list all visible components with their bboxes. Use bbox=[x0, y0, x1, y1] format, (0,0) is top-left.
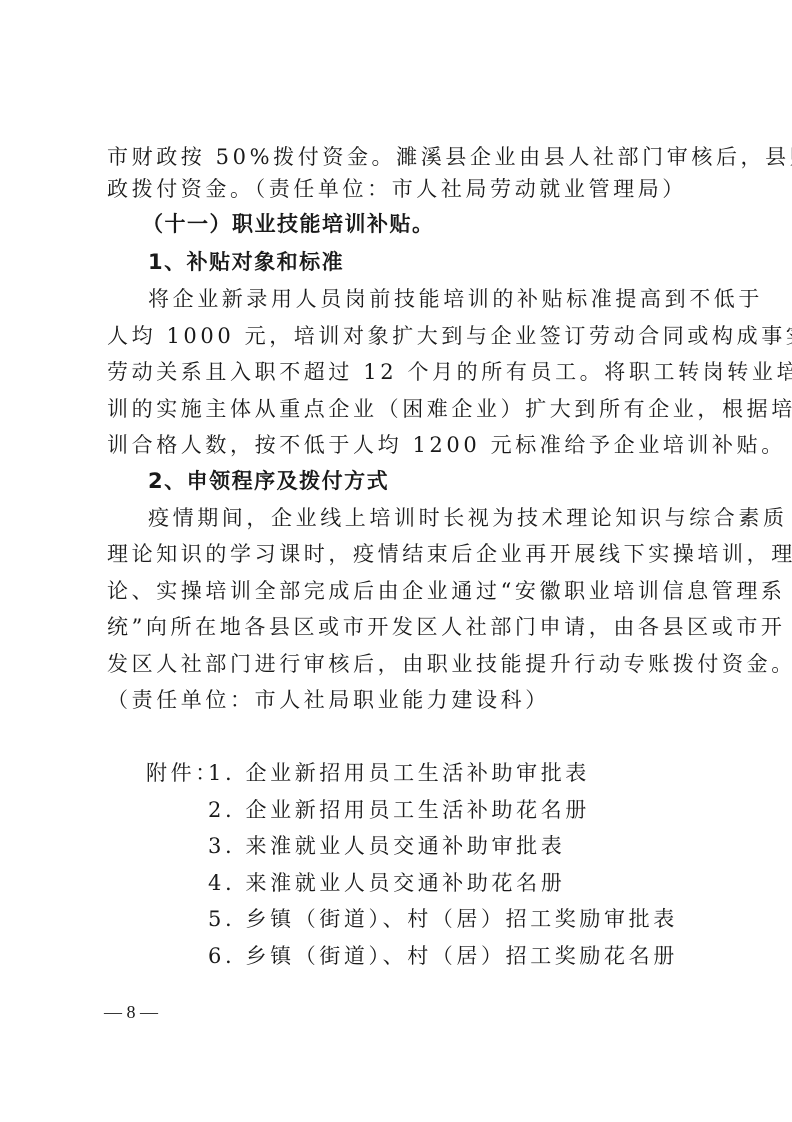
paragraph-line: 训的实施主体从重点企业（困难企业）扩大到所有企业，根据培 bbox=[107, 395, 692, 423]
responsible-unit: （责任单位：市人社局职业能力建设科） bbox=[107, 686, 692, 714]
paragraph-line: 训合格人数，按不低于人均 1200 元标准给予企业培训补贴。 bbox=[107, 431, 692, 459]
paragraph-line: 发区人社部门进行审核后，由职业技能提升行动专账拨付资金。 bbox=[107, 650, 692, 678]
paragraph-line: 劳动关系且入职不超过 12 个月的所有员工。将职工转岗转业培 bbox=[107, 358, 692, 386]
document-page: 市财政按 50%拨付资金。濉溪县企业由县人社部门审核后，县财 政拨付资金。（责任… bbox=[0, 0, 792, 1122]
attachment-item: 6. 乡镇（街道）、村（居）招工奖励花名册 bbox=[208, 942, 678, 970]
paragraph-line: 疫情期间，企业线上培训时长视为技术理论知识与综合素质 bbox=[148, 504, 733, 532]
attachment-item: 2. 企业新招用员工生活补助花名册 bbox=[208, 796, 590, 824]
subsection-title: 2、申领程序及拨付方式 bbox=[148, 467, 733, 495]
paragraph-line: 人均 1000 元，培训对象扩大到与企业签订劳动合同或构成事实 bbox=[107, 322, 692, 350]
attachment-item: 1. 企业新招用员工生活补助审批表 bbox=[208, 759, 590, 787]
page-number: — 8 — bbox=[104, 1000, 158, 1024]
body-text-line: 政拨付资金。（责任单位：市人社局劳动就业管理局） bbox=[107, 175, 692, 203]
attachment-item: 4. 来淮就业人员交通补助花名册 bbox=[208, 869, 565, 897]
attachment-item: 5. 乡镇（街道）、村（居）招工奖励审批表 bbox=[208, 905, 678, 933]
paragraph-line: 将企业新录用人员岗前技能培训的补贴标准提高到不低于 bbox=[148, 285, 733, 313]
attachment-item: 3. 来淮就业人员交通补助审批表 bbox=[208, 832, 565, 860]
body-text-line: 市财政按 50%拨付资金。濉溪县企业由县人社部门审核后，县财 bbox=[107, 143, 692, 171]
paragraph-line: 理论知识的学习课时，疫情结束后企业再开展线下实操培训，理 bbox=[107, 540, 692, 568]
subsection-title: 1、补贴对象和标准 bbox=[148, 248, 733, 276]
section-heading: （十一）职业技能培训补贴。 bbox=[142, 210, 727, 238]
paragraph-line: 统”向所在地各县区或市开发区人社部门申请，由各县区或市开 bbox=[107, 613, 692, 641]
paragraph-line: 论、实操培训全部完成后由企业通过“安徽职业培训信息管理系 bbox=[107, 577, 692, 605]
